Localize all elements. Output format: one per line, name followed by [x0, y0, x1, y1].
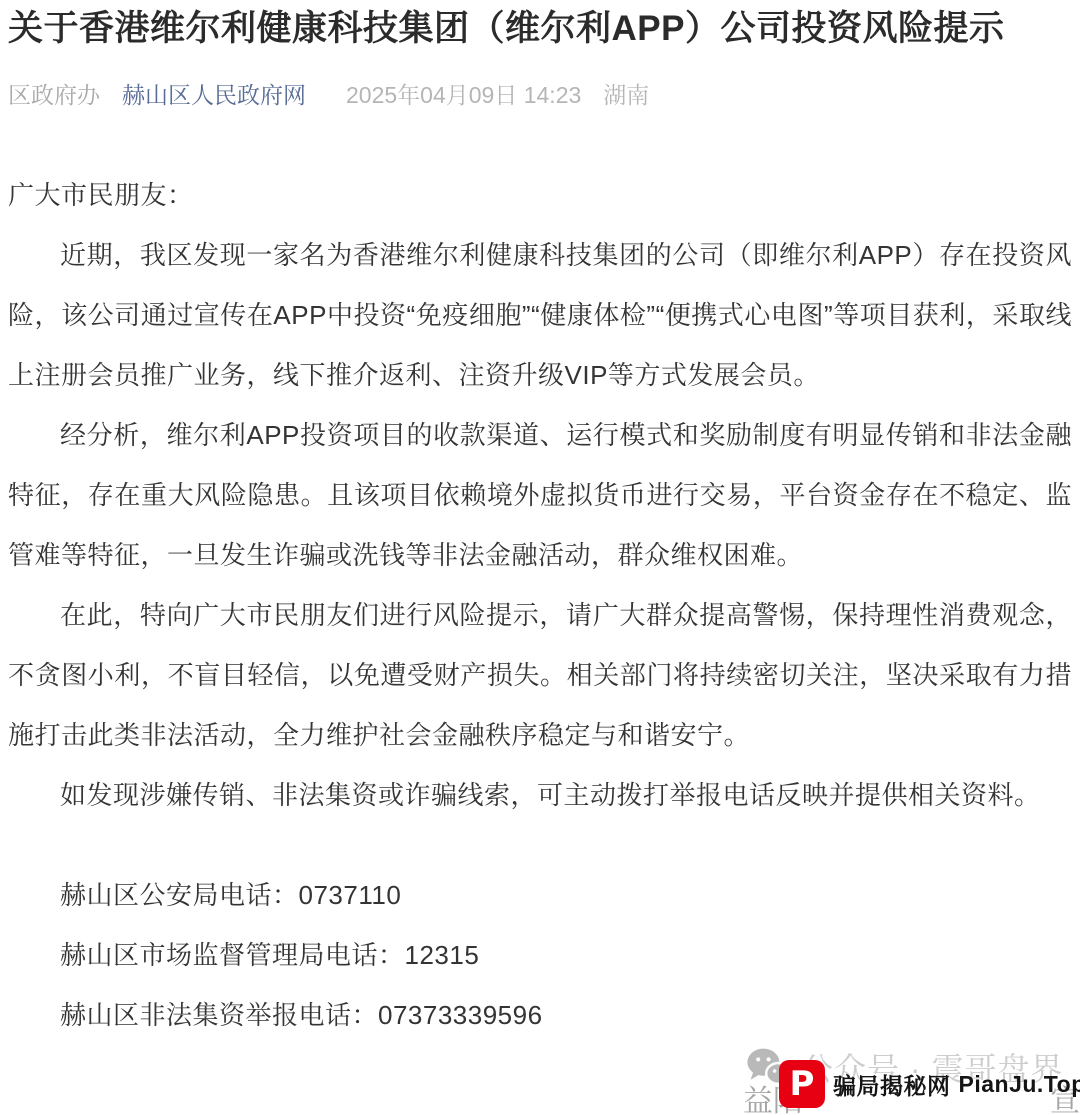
brand-site-name: 骗局揭秘网 — [833, 1068, 951, 1101]
hotline-market-supervision: 赫山区市场监督管理局电话：12315 — [8, 925, 1072, 985]
blank-spacer — [8, 825, 1072, 865]
salutation: 广大市民朋友： — [8, 165, 1072, 225]
article-page: 关于香港维尔利健康科技集团（维尔利APP）公司投资风险提示 区政府办 赫山区人民… — [0, 8, 1080, 1045]
paragraph: 在此，特向广大市民朋友们进行风险提示，请广大群众提高警惕，保持理性消费观念，不贪… — [8, 585, 1072, 765]
brand-site-url: PianJu.Top — [959, 1071, 1080, 1098]
hotline-illegal-fundraising: 赫山区非法集资举报电话：07373339596 — [8, 985, 1072, 1045]
pianju-logo-icon: P — [779, 1060, 825, 1108]
article-meta: 区政府办 赫山区人民政府网 2025年04月09日 14:23 湖南 — [8, 77, 1072, 110]
hotline-police: 赫山区公安局电话：0737110 — [8, 865, 1072, 925]
meta-location: 湖南 — [603, 77, 649, 110]
paragraph: 经分析，维尔利APP投资项目的收款渠道、运行模式和奖励制度有明显传销和非法金融特… — [8, 405, 1072, 585]
meta-datetime: 2025年04月09日 14:23 — [346, 77, 581, 110]
meta-author: 区政府办 — [8, 77, 100, 110]
article-body: 广大市民朋友： 近期，我区发现一家名为香港维尔利健康科技集团的公司（即维尔利AP… — [8, 165, 1072, 1045]
meta-source-link[interactable]: 赫山区人民政府网 — [122, 77, 306, 110]
paragraph: 近期，我区发现一家名为香港维尔利健康科技集团的公司（即维尔利APP）存在投资风险… — [8, 225, 1072, 405]
paragraph: 如发现涉嫌传销、非法集资或诈骗线索，可主动拨打举报电话反映并提供相关资料。 — [8, 765, 1072, 825]
pianju-brand-stamp: P 骗局揭秘网 PianJu.Top — [779, 1060, 1080, 1108]
footer-stamps: 益阳 宣 公众号 · 震哥盘界 P 骗局揭秘网 PianJu.Top — [735, 1040, 1080, 1115]
page-title: 关于香港维尔利健康科技集团（维尔利APP）公司投资风险提示 — [8, 8, 1072, 51]
